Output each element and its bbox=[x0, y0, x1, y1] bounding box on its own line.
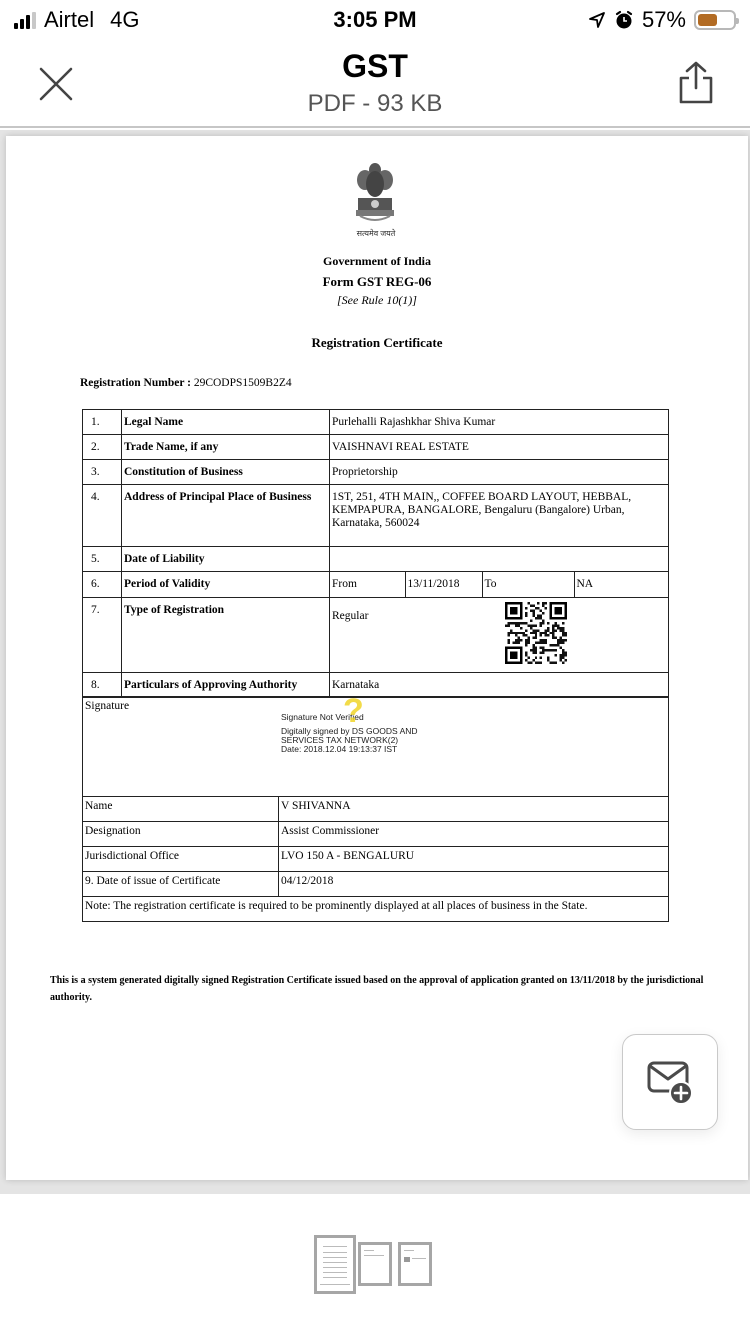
validity-from: 13/11/2018 bbox=[405, 572, 482, 597]
registration-type-value: Regular bbox=[330, 598, 669, 673]
date-of-liability-value bbox=[330, 547, 669, 572]
table-row: 1. Legal Name Purlehalli Rajashkhar Shiv… bbox=[83, 410, 669, 435]
page-thumbnails bbox=[0, 1196, 750, 1334]
share-button[interactable] bbox=[676, 60, 716, 106]
thumbnail-page-2[interactable] bbox=[358, 1242, 392, 1286]
registration-number-label: Registration Number : bbox=[80, 377, 191, 389]
mail-add-button[interactable] bbox=[622, 1034, 718, 1130]
document-subtitle: PDF - 93 KB bbox=[0, 90, 750, 118]
table-row: 2. Trade Name, if any VAISHNAVI REAL EST… bbox=[83, 435, 669, 460]
approving-authority-value: Karnataka bbox=[330, 673, 669, 698]
table-row: 5. Date of Liability bbox=[83, 547, 669, 572]
table-row: 9. Date of issue of Certificate 04/12/20… bbox=[83, 872, 669, 897]
constitution-value: Proprietorship bbox=[330, 460, 669, 485]
authority-table: Signature Signature Not Verified Digital… bbox=[82, 696, 669, 922]
document-title: GST bbox=[0, 48, 750, 85]
pdf-page: सत्यमेव जयते Government of India Form GS… bbox=[6, 136, 748, 1180]
registration-number-value: 29CODPS1509B2Z4 bbox=[194, 377, 292, 389]
validity-subtable: From 13/11/2018 To NA bbox=[330, 572, 668, 597]
table-row: 3. Constitution of Business Proprietorsh… bbox=[83, 460, 669, 485]
footer-note: This is a system generated digitally sig… bbox=[50, 972, 710, 1006]
thumbnail-page-1[interactable] bbox=[314, 1235, 356, 1294]
battery-percent: 57% bbox=[642, 7, 686, 33]
location-arrow-icon bbox=[588, 11, 606, 29]
jurisdictional-office-value: LVO 150 A - BENGALURU bbox=[279, 847, 669, 872]
legal-name-value: Purlehalli Rajashkhar Shiva Kumar bbox=[330, 410, 669, 435]
validity-to: NA bbox=[574, 572, 668, 597]
table-row: Note: The registration certificate is re… bbox=[83, 897, 669, 922]
table-row: Jurisdictional Office LVO 150 A - BENGAL… bbox=[83, 847, 669, 872]
table-row: Name V SHIVANNA bbox=[83, 797, 669, 822]
table-row: 8. Particulars of Approving Authority Ka… bbox=[83, 673, 669, 698]
designation-value: Assist Commissioner bbox=[279, 822, 669, 847]
government-heading: Government of India bbox=[6, 254, 748, 269]
document-header: GST PDF - 93 KB bbox=[0, 40, 750, 128]
question-mark-icon: ? bbox=[343, 705, 364, 718]
trade-name-value: VAISHNAVI REAL ESTATE bbox=[330, 435, 669, 460]
status-right: 57% bbox=[588, 7, 736, 33]
details-table: 1. Legal Name Purlehalli Rajashkhar Shiv… bbox=[82, 409, 669, 698]
alarm-clock-icon bbox=[614, 10, 634, 30]
table-row: 7. Type of Registration Regular bbox=[83, 598, 669, 673]
officer-name-value: V SHIVANNA bbox=[279, 797, 669, 822]
national-emblem-icon bbox=[352, 158, 398, 238]
status-bar: Airtel 4G 3:05 PM 57% bbox=[0, 0, 750, 40]
battery-icon bbox=[694, 10, 736, 30]
qr-code-icon bbox=[505, 602, 567, 664]
emblem-motto: सत्यमेव जयते bbox=[336, 228, 416, 239]
table-row: Designation Assist Commissioner bbox=[83, 822, 669, 847]
certificate-heading: Registration Certificate bbox=[6, 335, 748, 351]
mail-add-icon bbox=[647, 1061, 695, 1105]
issue-date-value: 04/12/2018 bbox=[279, 872, 669, 897]
signature-label: Signature bbox=[85, 700, 129, 712]
thumbnail-page-3[interactable] bbox=[398, 1242, 432, 1286]
table-row: 4. Address of Principal Place of Busines… bbox=[83, 485, 669, 547]
note-text: Note: The registration certificate is re… bbox=[83, 897, 669, 922]
registration-number: Registration Number : 29CODPS1509B2Z4 bbox=[80, 377, 292, 389]
rule-reference: [See Rule 10(1)] bbox=[6, 293, 748, 308]
address-value: 1ST, 251, 4TH MAIN,, COFFEE BOARD LAYOUT… bbox=[330, 485, 669, 547]
table-row: 6. Period of Validity From 13/11/2018 To… bbox=[83, 572, 669, 598]
form-heading: Form GST REG-06 bbox=[6, 274, 748, 290]
share-icon bbox=[676, 60, 716, 106]
signature-row: Signature Signature Not Verified Digital… bbox=[83, 697, 669, 797]
